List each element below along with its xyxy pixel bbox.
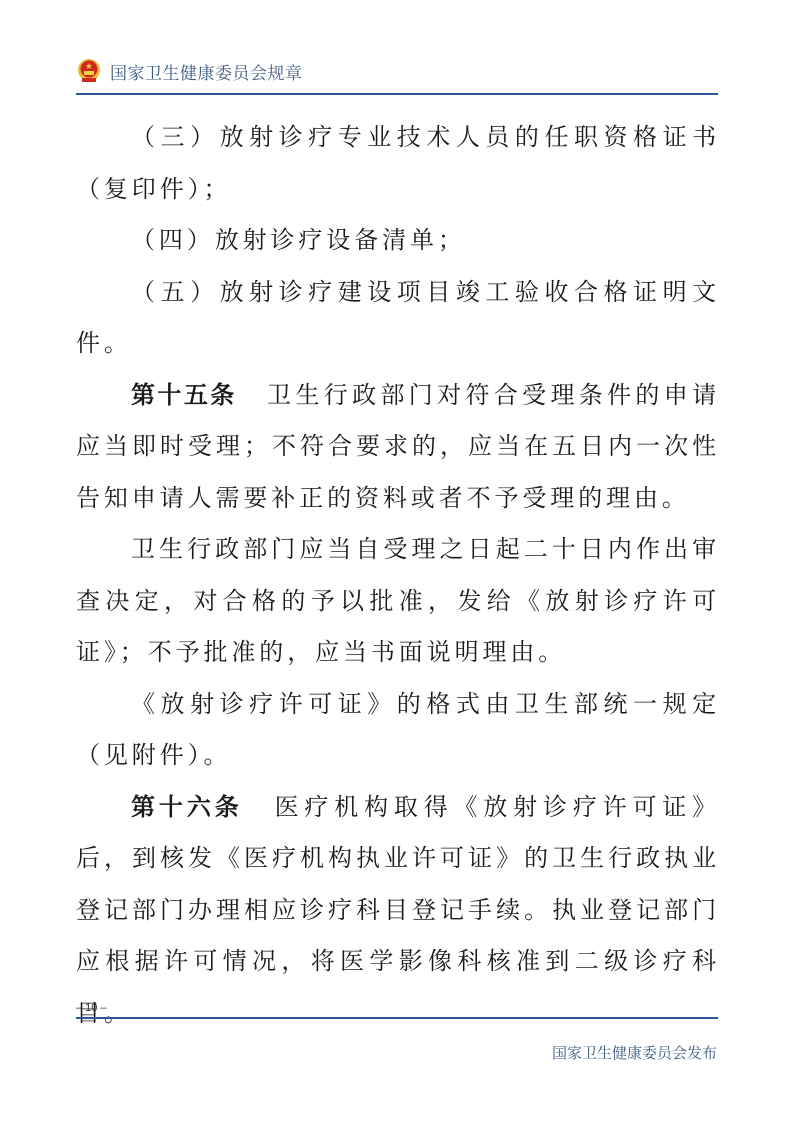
footer-divider [76,1017,718,1019]
article-15-para-2: 卫生行政部门应当自受理之日起二十日内作出审查决定，对合格的予以批准，发给《放射诊… [76,524,720,679]
paragraph-item-3: （三）放射诊疗专业技术人员的任职资格证书（复印件）； [76,112,720,215]
article-16: 第十六条医疗机构取得《放射诊疗许可证》后，到核发《医疗机构执业许可证》的卫生行政… [76,782,720,1040]
article-15-para-3: 《放射诊疗许可证》的格式由卫生部统一规定（见附件）。 [76,679,720,782]
header-divider [76,93,718,95]
page-header: 国家卫生健康委员会规章 [76,56,303,86]
article-heading: 第十六条 [131,793,243,821]
page-number: – 10 – [76,1002,107,1014]
document-body: （三）放射诊疗专业技术人员的任职资格证书（复印件）； （四）放射诊疗设备清单； … [76,112,720,1039]
article-15: 第十五条卫生行政部门对符合受理条件的申请应当即时受理；不符合要求的，应当在五日内… [76,370,720,525]
national-emblem-icon [76,58,102,84]
article-heading: 第十五条 [131,381,237,409]
header-title: 国家卫生健康委员会规章 [110,59,303,84]
paragraph-item-4: （四）放射诊疗设备清单； [76,215,720,267]
footer-publisher: 国家卫生健康委员会发布 [552,1042,717,1063]
paragraph-item-5: （五）放射诊疗建设项目竣工验收合格证明文件。 [76,267,720,370]
